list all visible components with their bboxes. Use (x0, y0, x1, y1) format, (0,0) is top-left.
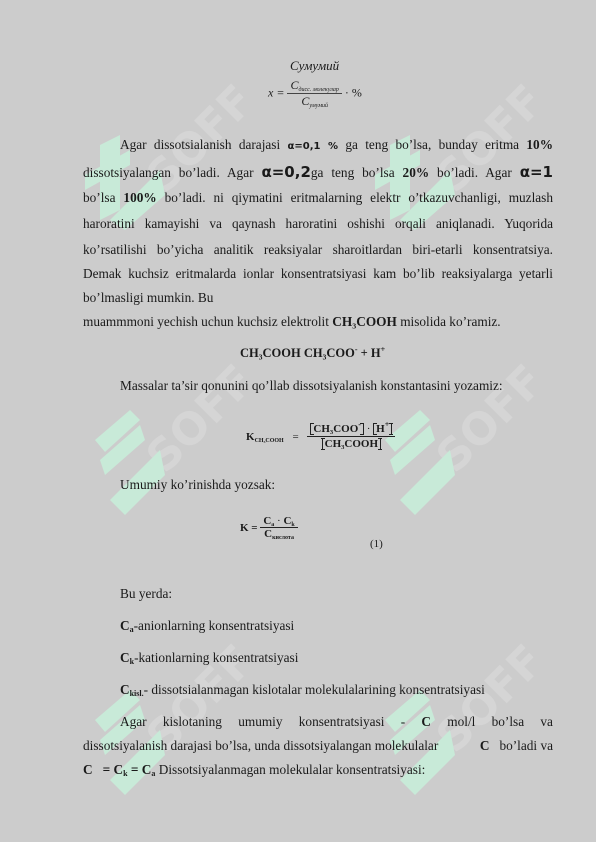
definition-item: Ck-kationlarning konsentratsiyasi (120, 650, 298, 666)
document-page: Сумумий x = Cдисс. молекулар Cумумий · %… (0, 0, 596, 842)
paragraph-line: Massalar ta’sir qonunini qo’llab dissots… (120, 378, 503, 394)
definitions-intro: Bu yerda: (120, 586, 172, 602)
alpha-value: α=1 (520, 163, 553, 181)
alpha-value: α=0,1 % (288, 141, 338, 152)
paragraph-line: dissotsiyalanish darajasi bo’lsa, unda d… (83, 738, 553, 754)
paragraph-line: haroratini kamayishi va qaynash harorati… (83, 216, 553, 232)
paragraph-line: Umumiy ko’rinishda yozsak: (120, 477, 275, 493)
equilibrium-constant-formula: KCH₃COOH = CH₃COO- · H+ CH₃COOH (246, 423, 395, 450)
paragraph-line: Demak kuchsiz eritmalarda ionlar konsent… (83, 266, 553, 282)
general-constant-formula: K = Ca · Ck Cкислота (240, 515, 298, 540)
paragraph-line: muammmoni yechish uchun kuchsiz elektrol… (83, 314, 501, 330)
definition-item: Ckisl.- dissotsialanmagan kislotalar mol… (120, 682, 485, 698)
paragraph-line: ko’rsatilishi bo’yicha analitik reaksiya… (83, 242, 553, 258)
paragraph-line: bo’lsa 100% bo’ladi. ni qiymatini eritma… (83, 190, 553, 206)
paragraph-line: C = Ck = Ca Dissotsiyalanmagan molekulal… (83, 762, 425, 778)
section-title: Сумумий (290, 58, 339, 74)
alpha-value: α=0,2 (261, 163, 310, 181)
definition-item: Ca-anionlarning konsentratsiyasi (120, 618, 294, 634)
percent-formula: x = Cдисс. молекулар Cумумий · % (268, 78, 362, 109)
paragraph-line: bo’lmasligi mumkin. Bu (83, 290, 213, 306)
dissociation-reaction: CH₃COOH CH₃COO- + H+ (240, 345, 385, 361)
equation-number: (1) (370, 536, 383, 552)
paragraph-line: dissotsiyalangan bo’ladi. Agar α=0,2ga t… (83, 164, 553, 181)
paragraph-line: Agar kislotaning umumiy konsentratsiyasi… (120, 714, 553, 730)
paragraph-line: Agar dissotsialanish darajasi α=0,1 % ga… (120, 137, 553, 155)
